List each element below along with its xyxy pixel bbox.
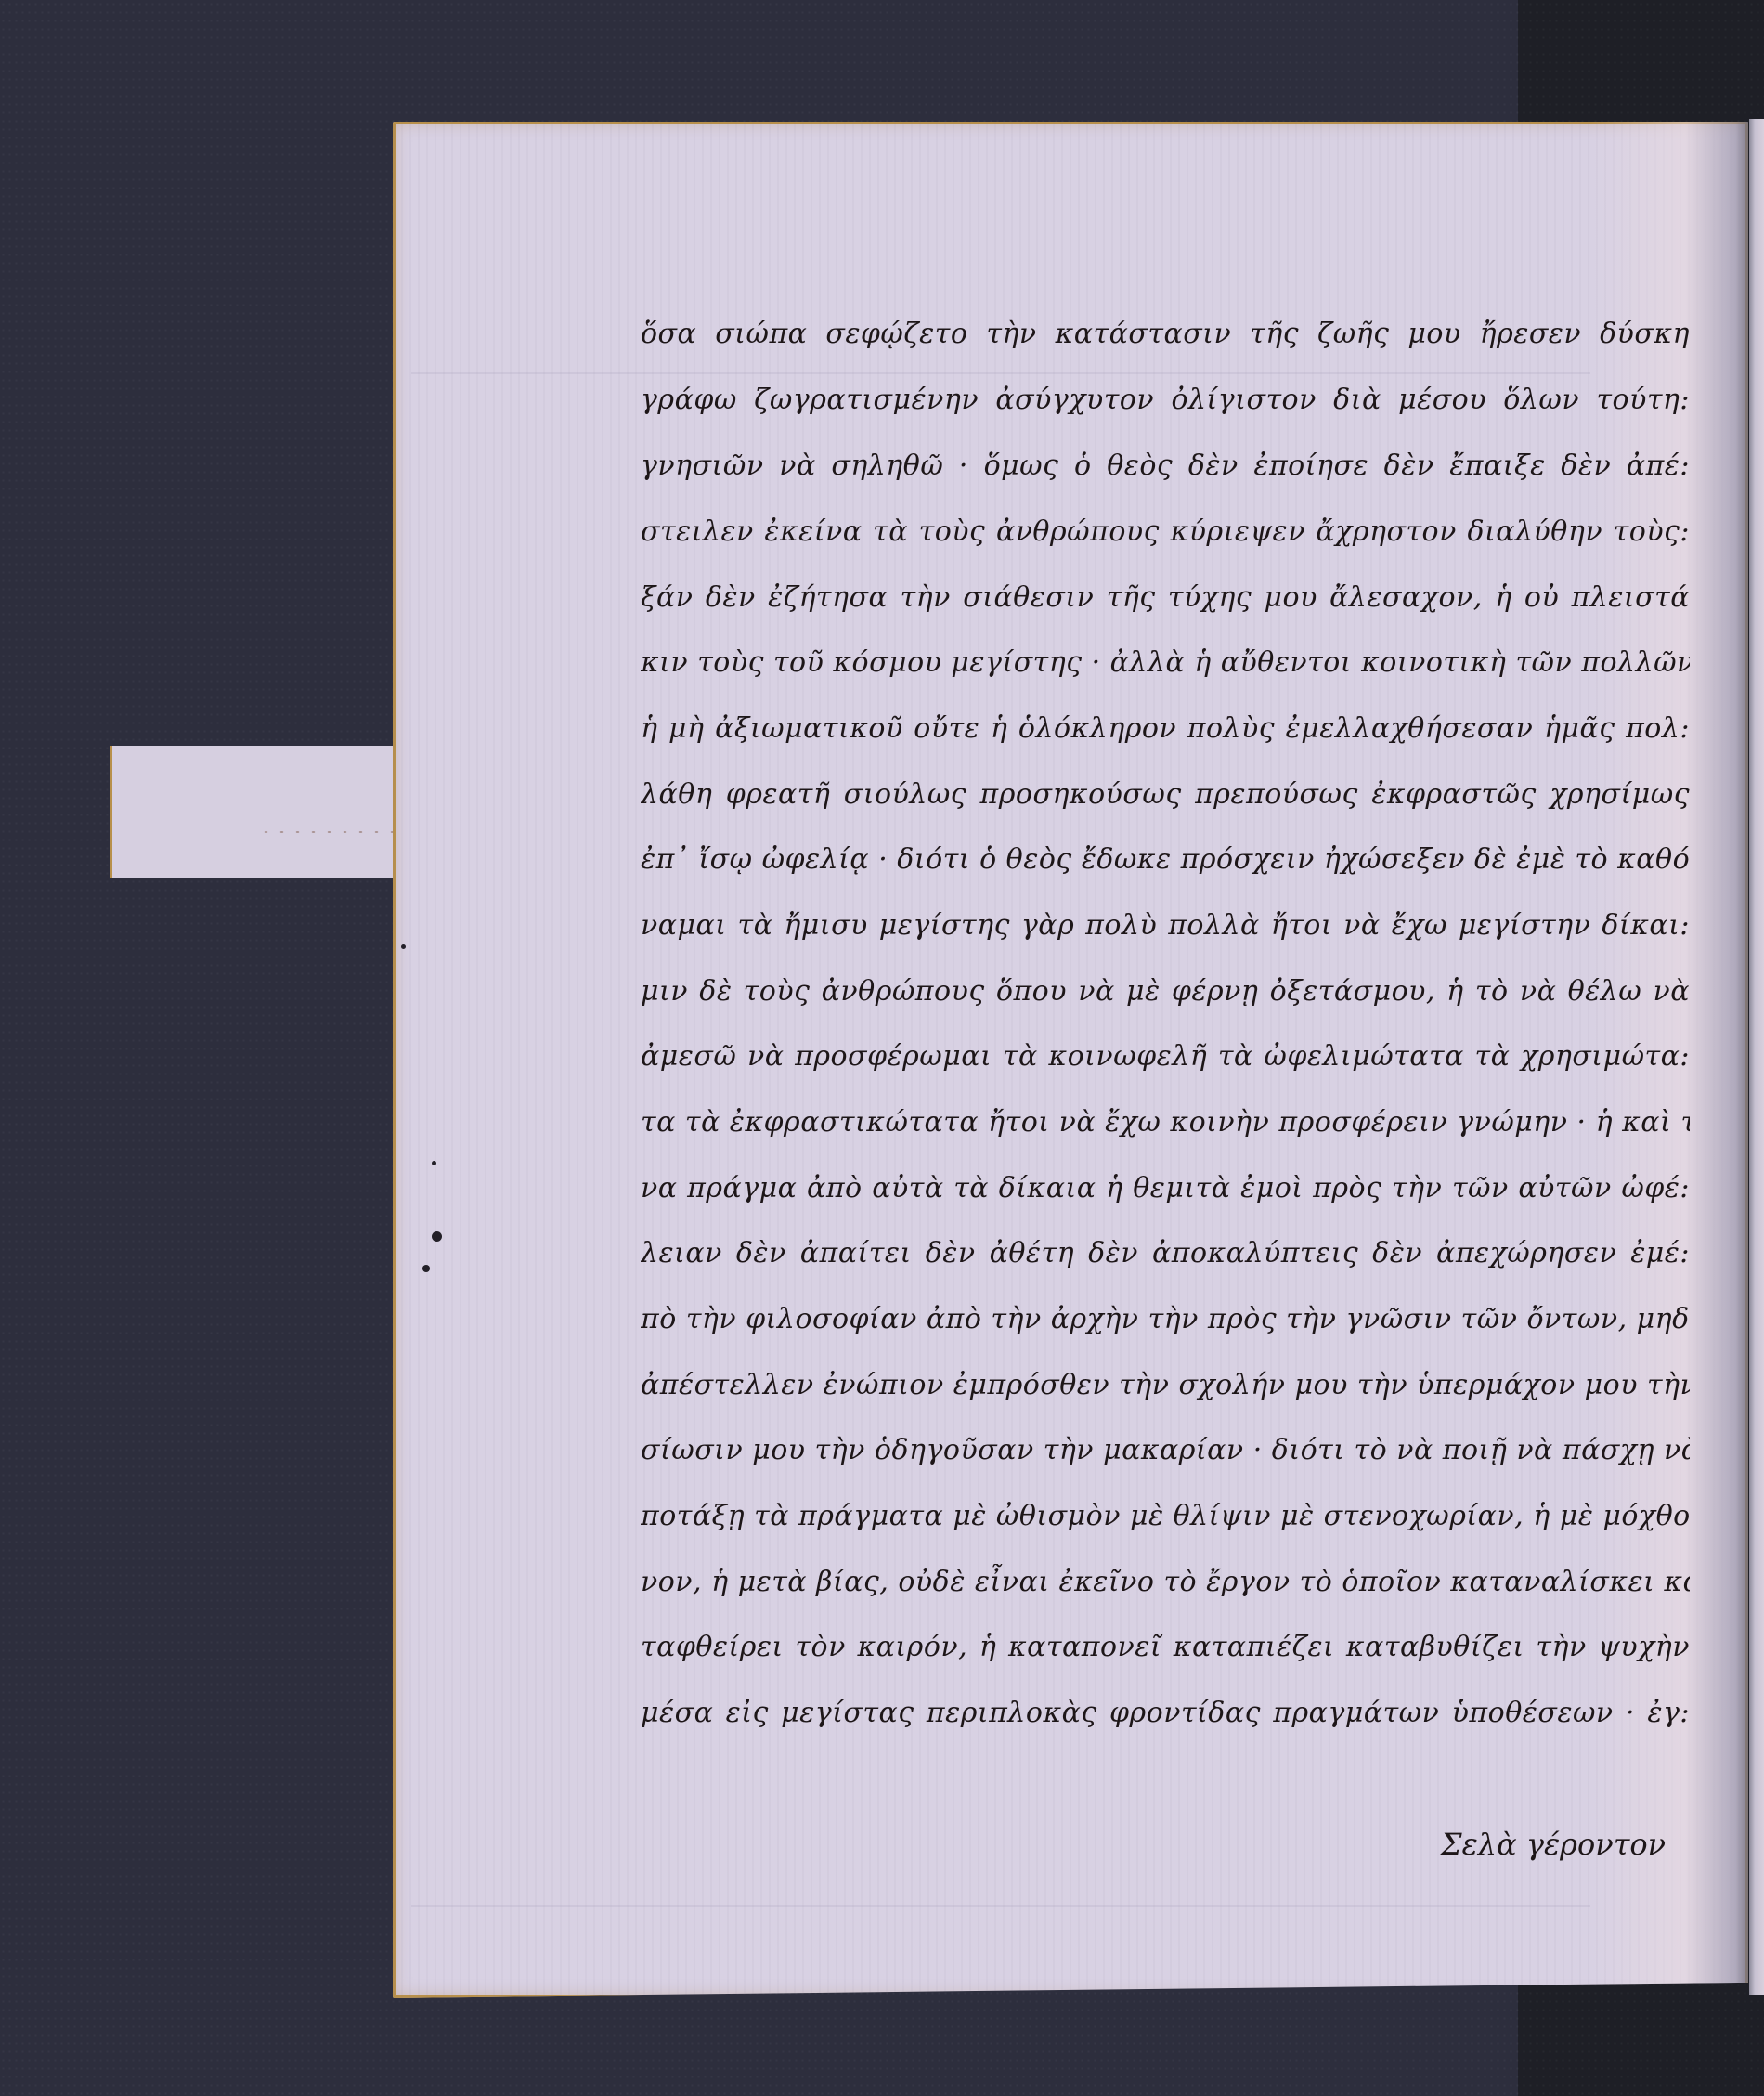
handwritten-line: κιν τοὺς τοῦ κόσμου μεγίστης · ἀλλὰ ἡ αὔ… [641,644,1690,682]
ink-dot [432,1161,436,1165]
handwritten-line: γνησιῶν νὰ σηληθῶ · ὅμως ὁ θεὸς δὲν ἐποί… [641,448,1690,485]
ink-dot [401,944,406,949]
handwritten-line: να πράγμα ἀπὸ αὐτὰ τὰ δίκαια ἡ θεμιτὰ ἐμ… [641,1170,1690,1207]
handwritten-line: λάθη φρεατῆ σιούλως προσηκούσως πρεπούσω… [641,776,1690,814]
handwritten-line: πὸ τὴν φιλοσοφίαν ἀπὸ τὴν ἀρχὴν τὴν πρὸς… [641,1301,1690,1338]
ink-dot [432,1231,442,1242]
handwritten-line: στειλεν ἐκείνα τὰ τοὺς ἀνθρώπους κύριεψε… [641,514,1690,551]
ink-dot [422,1265,430,1272]
handwritten-line: ὅσα σιώπα σεφῴζετο τὴν κατάστασιν τῆς ζω… [641,316,1690,353]
handwritten-line: ἐπ᾽ ἴσῳ ὠφελίᾳ · διότι ὁ θεὸς ἔδωκε πρόσ… [641,841,1690,879]
handwritten-line: τα τὰ ἐκφραστικώτατα ἤτοι νὰ ἔχω κοινὴν … [641,1104,1690,1141]
handwritten-line: ἀπέστελλεν ἐνώπιον ἐμπρόσθεν τὴν σχολήν … [641,1367,1690,1404]
handwritten-line: μέσα εἰς μεγίστας περιπλοκὰς φροντίδας π… [641,1695,1690,1732]
faint-rule [411,1905,1590,1907]
handwritten-line: ἡ μὴ ἀξιωματικοῦ οὔτε ἡ ὁλόκληρον πολὺς … [641,710,1690,748]
handwritten-line: ἀμεσῶ νὰ προσφέρωμαι τὰ κοινωφελῆ τὰ ὠφε… [641,1038,1690,1075]
adjacent-page-edge [1749,119,1764,1995]
faint-rule [411,372,1590,374]
handwritten-line: ταφθείρει τὸν καιρόν, ἡ καταπονεῖ καταπι… [641,1629,1690,1666]
handwritten-line: γράφω ζωγρατισμένην ἀσύγχυτον ὀλίγιστον … [641,382,1690,419]
signature: Σελὰ γέροντον [1441,1826,1654,1863]
handwritten-line: ξάν δὲν ἐζήτησα τὴν σιάθεσιν τῆς τύχης μ… [641,579,1690,617]
handwritten-line: νον, ἡ μετὰ βίας, οὐδὲ εἶναι ἐκεῖνο τὸ ἔ… [641,1564,1690,1601]
handwritten-line: σίωσιν μου τὴν ὁδηγοῦσαν τὴν μακαρίαν · … [641,1432,1690,1469]
handwritten-line: ναμαι τὰ ἤμισυ μεγίστης γὰρ πολὺ πολλὰ ἤ… [641,907,1690,944]
handwritten-line: μιν δὲ τοὺς ἀνθρώπους ὅπου νὰ μὲ φέρνῃ ὀ… [641,973,1690,1010]
handwritten-line: λειαν δὲν ἀπαίτει δὲν ἀθέτη δὲν ἀποκαλύπ… [641,1235,1690,1272]
paper-tab-strip [110,746,397,878]
handwritten-line: ποτάξῃ τὰ πράγματα μὲ ὠθισμὸν μὲ θλίψιν … [641,1498,1690,1535]
